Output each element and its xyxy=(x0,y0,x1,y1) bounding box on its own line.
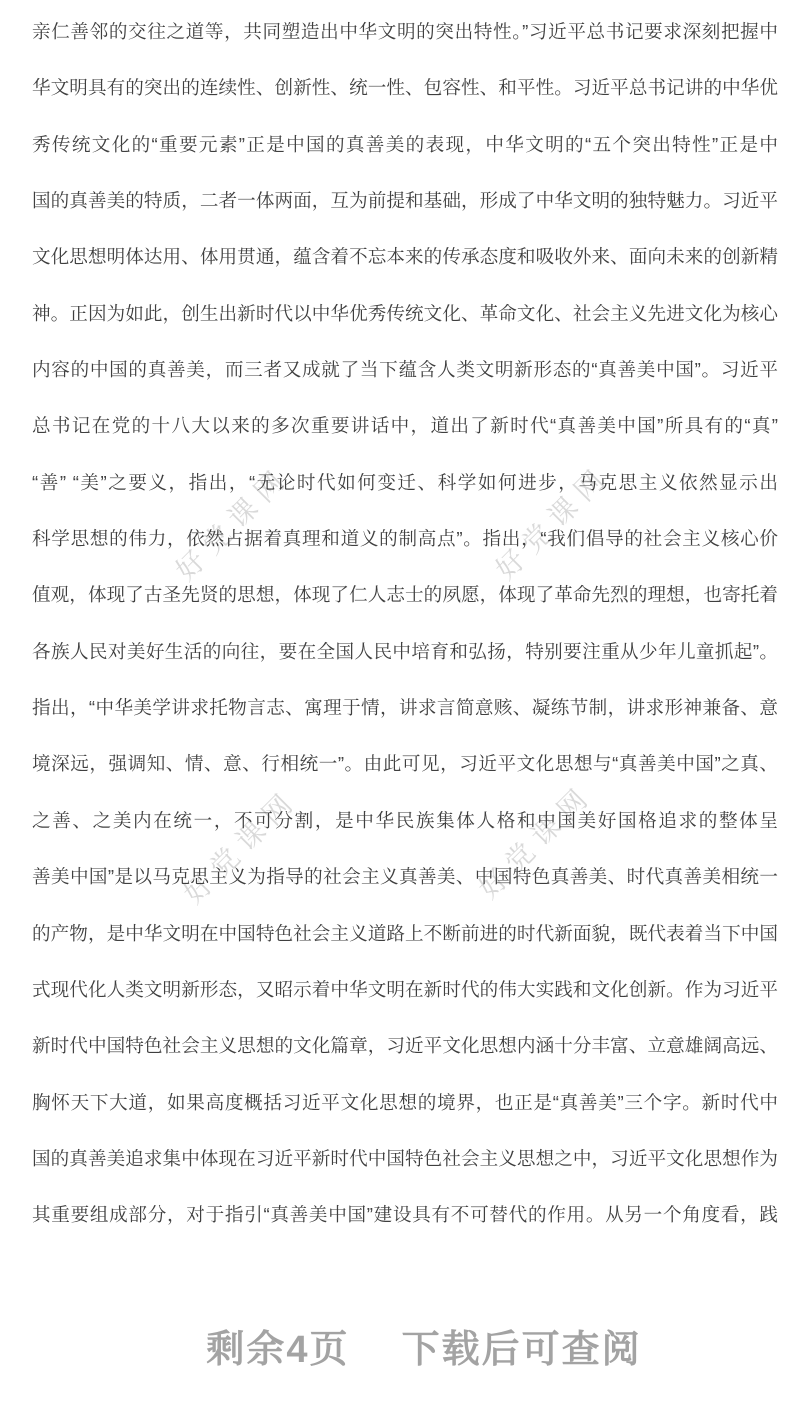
body-line: 各族人民对美好生活的向往，要在全国人民中培育和弘扬，特别要注重从少年儿童抓起”。 xyxy=(32,624,778,680)
body-line: 内容的中国的真善美，而三者又成就了当下蕴含人类文明新形态的“真善美中国”。习近平 xyxy=(32,342,778,398)
body-line: 胸怀天下大道，如果高度概括习近平文化思想的境界，也正是“真善美”三个字。新时代中 xyxy=(32,1075,778,1131)
body-line: 式现代化人类文明新形态，又昭示着中华文明在新时代的伟大实践和文化创新。作为习近平 xyxy=(32,962,778,1018)
body-line: 的产物，是中华文明在中国特色社会主义道路上不断前进的时代新面貌，既代表着当下中国 xyxy=(32,906,778,962)
body-line: 新时代中国特色社会主义思想的文化篇章，习近平文化思想内涵十分丰富、立意雄阔高远、 xyxy=(32,1018,778,1074)
body-line: 神。正因为如此，创生出新时代以中华优秀传统文化、革命文化、社会主义先进文化为核心 xyxy=(32,286,778,342)
page-preview-footer: 剩余4页下载后可查阅 xyxy=(0,1318,800,1373)
document-page: 好党课网 好党课网 好党课网 好党课网 亲仁善邻的交往之道等，共同塑造出中华文明… xyxy=(0,0,800,1425)
body-line: 国的真善美追求集中体现在习近平新时代中国特色社会主义思想之中，习近平文化思想作为 xyxy=(32,1131,778,1187)
body-line: 境深远，强调知、情、意、行相统一”。由此可见，习近平文化思想与“真善美中国”之真… xyxy=(32,736,778,792)
body-line: 华文明具有的突出的连续性、创新性、统一性、包容性、和平性。习近平总书记讲的中华优 xyxy=(32,60,778,116)
body-line: 科学思想的伟力，依然占据着真理和道义的制高点”。指出，“我们倡导的社会主义核心价 xyxy=(32,511,778,567)
body-line: 善美中国”是以马克思主义为指导的社会主义真善美、中国特色真善美、时代真善美相统一 xyxy=(32,849,778,905)
body-line: 之善、之美内在统一，不可分割，是中华民族集体人格和中国美好国格追求的整体呈现。“… xyxy=(32,793,778,849)
body-line: 秀传统文化的“重要元素”正是中国的真善美的表现，中华文明的“五个突出特性”正是中 xyxy=(32,117,778,173)
body-line: 总书记在党的十八大以来的多次重要讲话中，道出了新时代“真善美中国”所具有的“真” xyxy=(32,398,778,454)
body-line: “善” “美”之要义，指出，“无论时代如何变迁、科学如何进步，马克思主义依然显示… xyxy=(32,455,778,511)
pages-remaining-label: 剩余4页 xyxy=(206,1329,349,1371)
body-line: 文化思想明体达用、体用贯通，蕴含着不忘本来的传承态度和吸收外来、面向未来的创新精 xyxy=(32,229,778,285)
download-hint-label: 下载后可查阅 xyxy=(402,1329,642,1371)
body-line: 其重要组成部分，对于指引“真善美中国”建设具有不可替代的作用。从另一个角度看，践 xyxy=(32,1187,778,1243)
document-body: 亲仁善邻的交往之道等，共同塑造出中华文明的突出特性。”习近平总书记要求深刻把握中… xyxy=(32,4,778,1244)
body-line: 国的真善美的特质，二者一体两面，互为前提和基础，形成了中华文明的独特魅力。习近平 xyxy=(32,173,778,229)
body-line: 亲仁善邻的交往之道等，共同塑造出中华文明的突出特性。”习近平总书记要求深刻把握中 xyxy=(32,4,778,60)
body-line: 值观，体现了古圣先贤的思想，体现了仁人志士的夙愿，体现了革命先烈的理想，也寄托着 xyxy=(32,567,778,623)
body-line: 指出，“中华美学讲求托物言志、寓理于情，讲求言简意赅、凝练节制，讲求形神兼备、意 xyxy=(32,680,778,736)
